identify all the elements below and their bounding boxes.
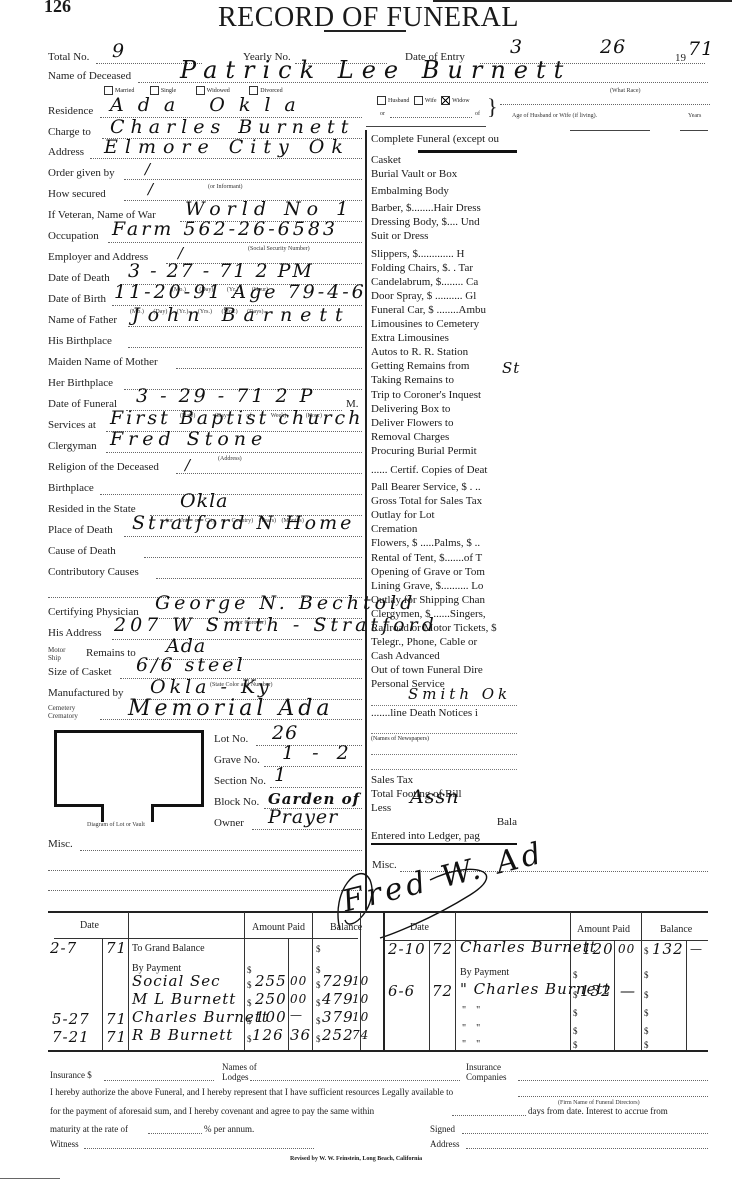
- lodges-label: Names of Lodges: [222, 1062, 262, 1082]
- ledger-vline: [429, 940, 430, 1050]
- how-secured-value: /: [148, 180, 154, 198]
- name-value: Patrick Lee Burnett: [180, 56, 571, 84]
- charge-item[interactable]: Extra Limousines: [371, 331, 517, 345]
- signed-label: Signed: [430, 1124, 455, 1134]
- ssn-note: (Social Security Number): [248, 246, 310, 252]
- mother-maiden-label: Maiden Name of Mother: [48, 356, 158, 368]
- charge-item-blank[interactable]: [371, 721, 517, 734]
- authorize-text: I hereby authorize the above Funeral, an…: [50, 1087, 453, 1097]
- charge-item[interactable]: Taking Remains to: [371, 373, 517, 387]
- date-of-funeral-value: 3 - 29 - 71 2 P: [136, 385, 315, 407]
- row-date: 2-7: [50, 939, 77, 957]
- birthplace-label: Birthplace: [48, 482, 94, 494]
- his-birthplace-label: His Birthplace: [48, 335, 112, 347]
- insurance-label: Insurance $: [50, 1070, 92, 1080]
- funeral-director-field[interactable]: [518, 1096, 708, 1097]
- charge-item-blank[interactable]: [371, 744, 517, 755]
- row-bal-cents: 10: [352, 974, 369, 988]
- row-year: 71: [106, 939, 127, 957]
- row-desc: R B Burnett: [132, 1026, 233, 1044]
- ledger-vline: [686, 940, 687, 1050]
- father-name-field[interactable]: [128, 326, 362, 327]
- lot-diagram-post-left: [101, 804, 104, 822]
- his-address-field[interactable]: [112, 639, 362, 640]
- charge-to-value: Charles Burnett: [110, 116, 354, 138]
- row-amount-dollar: $: [573, 1008, 578, 1018]
- manufactured-by-value: Okla - Ky: [150, 676, 273, 698]
- ledger-bottom-rule: [48, 1050, 708, 1052]
- total-no-value: 9: [112, 40, 125, 62]
- row-amount-dollar: $: [573, 1040, 578, 1050]
- clergyman-field[interactable]: [106, 452, 362, 453]
- row-balance-dollar: $: [316, 980, 321, 990]
- title-underline: [324, 30, 406, 32]
- getting-remains-from-value: St: [502, 359, 520, 377]
- row-cents: —: [620, 982, 636, 1000]
- resided-value: Okla: [180, 490, 229, 512]
- charge-item[interactable]: Lining Grave, $.......... Lo: [371, 579, 517, 593]
- address-field[interactable]: [466, 1148, 708, 1149]
- row-balance-dollar: $: [644, 1026, 649, 1036]
- casket-size-label: Size of Casket: [48, 666, 112, 678]
- charge-item[interactable]: Trip to Coroner's Inquest: [371, 388, 517, 402]
- date-of-funeral-label: Date of Funeral: [48, 398, 117, 410]
- religion-value: /: [185, 456, 191, 474]
- ledger-vline: [244, 912, 245, 1050]
- her-birthplace-label: Her Birthplace: [48, 377, 113, 389]
- row-amount-dollar: $: [247, 998, 252, 1008]
- row-balance: 379: [322, 1008, 354, 1026]
- order-given-by-value: /: [145, 160, 151, 178]
- row-amount: 255: [255, 972, 287, 990]
- ledger-right-balance-header: Balance: [660, 924, 692, 935]
- row-balance-dollar: $: [316, 1034, 321, 1044]
- spouse-age-field[interactable]: [500, 104, 710, 105]
- married-checkbox[interactable]: Married: [104, 88, 134, 94]
- row-desc: To Grand Balance: [132, 943, 205, 954]
- charge-item[interactable]: Gross Total for Sales Tax: [371, 494, 517, 508]
- or-field[interactable]: [390, 117, 472, 118]
- husband-checkbox[interactable]: Husband: [377, 98, 409, 104]
- residence-value: Ada Okla: [110, 94, 310, 116]
- occupation-label: Occupation: [48, 230, 99, 242]
- row-bal-cents: 10: [352, 1010, 369, 1024]
- mother-maiden-field[interactable]: [176, 368, 362, 369]
- row-balance-dollar: $: [644, 1040, 649, 1050]
- companies-field[interactable]: [518, 1080, 708, 1081]
- charge-item[interactable]: .......line Death Notices i: [371, 706, 517, 720]
- grave-no-label: Grave No.: [214, 754, 260, 766]
- charge-item[interactable]: Slippers, $............. H: [371, 247, 517, 261]
- days-text: days from date. Interest to accrue from: [528, 1106, 668, 1116]
- misc-label: Misc.: [48, 838, 73, 850]
- grave-no-value: 1 - 2: [282, 742, 355, 764]
- address-label: Address: [430, 1139, 460, 1149]
- remains-to-label: Remains to: [86, 647, 136, 659]
- charge-item[interactable]: Outlay for Shipping Chan: [371, 593, 517, 607]
- ledger-right-amount-header: Amount Paid: [577, 924, 630, 935]
- occupation-value: Farm 562-26-6583: [112, 218, 338, 240]
- row-year: 71: [106, 1010, 127, 1028]
- ledger-vline: [614, 940, 615, 1050]
- place-of-death-value: Stratford N Home: [132, 512, 354, 534]
- row-balance-dollar: $: [644, 990, 649, 1000]
- charge-item[interactable]: Casket: [371, 153, 517, 167]
- single-checkbox[interactable]: Single: [150, 88, 176, 94]
- ledger-left-balance-header: Balance: [330, 922, 362, 933]
- his-birthplace-field[interactable]: [128, 347, 362, 348]
- date-of-entry-month: 3: [510, 36, 523, 58]
- age-spouse-label: Age of Husband or Wife (if living).: [512, 113, 597, 119]
- insurance-field[interactable]: [104, 1080, 214, 1081]
- ledger-vline: [288, 938, 289, 1050]
- ledger-vline: [641, 912, 642, 1050]
- row-desc: " ": [462, 1039, 480, 1050]
- charge-item[interactable]: Barber, $........Hair Dress: [371, 201, 517, 215]
- ledger-vline: [383, 912, 385, 1050]
- spouse-role: Husband Wife Widow: [377, 96, 470, 105]
- less-value: Assn: [410, 786, 459, 808]
- lodges-field[interactable]: [250, 1080, 460, 1081]
- lot-no-value: 26: [272, 722, 298, 744]
- row-balance-dollar: $: [644, 1008, 649, 1018]
- row-bal-cents: 10: [352, 992, 369, 1006]
- misc-field-2[interactable]: [48, 870, 362, 871]
- row-balance: 729: [322, 972, 354, 990]
- row-balance-dollar: $: [316, 998, 321, 1008]
- veteran-value: World No 1: [185, 198, 354, 220]
- per-annum-text: % per annum.: [204, 1124, 254, 1134]
- row-balance: 479: [322, 990, 354, 1008]
- date-of-death-value: 3 - 27 - 71 2 PM: [128, 260, 314, 282]
- years-label: Years: [688, 113, 701, 119]
- row-amount: 126: [252, 1026, 284, 1044]
- section-no-field[interactable]: [270, 787, 362, 788]
- charge-item[interactable]: Procuring Burial Permit: [371, 444, 517, 458]
- charge-item[interactable]: Railroad or Motor Tickets, $: [371, 621, 517, 635]
- motor-ship-label: MotorShip: [48, 646, 66, 662]
- occupation-field[interactable]: [108, 242, 362, 243]
- date-of-birth-value: 11-20-91 Age 79-4-6: [114, 281, 367, 303]
- charge-item[interactable]: Burial Vault or Box: [371, 167, 517, 181]
- total-no-label: Total No.: [48, 51, 89, 63]
- row-date: 2-10: [388, 940, 426, 958]
- sales-tax-item[interactable]: Sales Tax: [371, 773, 517, 787]
- newspapers-note: (Names of Newspapers): [371, 734, 517, 744]
- address-value: Elmore City Ok: [104, 136, 350, 158]
- row-balance: 252: [322, 1026, 354, 1044]
- charge-item[interactable]: Removal Charges: [371, 430, 517, 444]
- ledger-vline: [455, 912, 456, 1050]
- row-date: 7-21: [52, 1028, 90, 1046]
- residence-label: Residence: [48, 105, 93, 117]
- row-bal-cents: —: [690, 942, 703, 956]
- charge-item[interactable]: Pall Bearer Service, $ . ..: [371, 480, 517, 494]
- row-year: 72: [432, 940, 453, 958]
- row-cents: —: [290, 1008, 303, 1022]
- row-desc: Charles Burnett: [460, 938, 597, 956]
- how-secured-label: How secured: [48, 188, 106, 200]
- charge-item[interactable]: Getting Remains from: [371, 359, 517, 373]
- informant-note: (or Informant): [208, 184, 243, 190]
- charge-item[interactable]: Deliver Flowers to: [371, 416, 517, 430]
- date-of-death-label: Date of Death: [48, 272, 110, 284]
- page-number: 126: [44, 0, 71, 17]
- father-name-label: Name of Father: [48, 314, 117, 326]
- date-of-entry-year: 71: [688, 38, 714, 60]
- ledger-left-amount-header: Amount Paid: [252, 922, 305, 933]
- place-of-death-field[interactable]: [124, 536, 362, 537]
- charges-list: Casket Burial Vault or Box Embalming Bod…: [371, 153, 517, 843]
- row-balance-dollar: $: [316, 1016, 321, 1026]
- row-desc: Social Sec: [132, 972, 221, 990]
- owner-field[interactable]: [252, 829, 362, 830]
- charge-item[interactable]: Limousines to Cemetery: [371, 317, 517, 331]
- block-no-label: Block No.: [214, 796, 259, 808]
- row-amount: 120: [582, 940, 614, 958]
- charge-item[interactable]: Autos to R. R. Station: [371, 345, 517, 359]
- cemetery-value: Memorial Ada: [128, 696, 333, 721]
- row-balance-dollar: $: [644, 970, 649, 980]
- divider: [680, 130, 708, 131]
- brace: }: [487, 94, 498, 120]
- row-date: 6-6: [388, 982, 415, 1000]
- row-amount: 132: [580, 982, 612, 1000]
- divider: [366, 126, 486, 127]
- birthplace-field[interactable]: [100, 494, 362, 495]
- signed-field[interactable]: [462, 1133, 708, 1134]
- row-cents: 36: [290, 1026, 311, 1044]
- charge-item[interactable]: Candelabrum, $........ Ca: [371, 275, 517, 289]
- charge-item[interactable]: ...... Certif. Copies of Deat: [371, 463, 517, 477]
- clergyman-value: Fred Stone: [110, 428, 267, 450]
- charge-item[interactable]: Suit or Dress: [371, 229, 517, 243]
- row-balance: 132: [652, 940, 684, 958]
- name-label: Name of Deceased: [48, 70, 131, 82]
- services-at-label: Services at: [48, 419, 96, 431]
- order-given-by-label: Order given by: [48, 167, 115, 179]
- contributory-label: Contributory Causes: [48, 566, 139, 578]
- casket-size-value: 6/6 steel: [136, 654, 246, 676]
- charge-item[interactable]: Flowers, $ .....Palms, $ ..: [371, 536, 517, 550]
- place-of-death-label: Place of Death: [48, 524, 113, 536]
- row-desc: By Payment: [460, 967, 509, 978]
- cause-of-death-field[interactable]: [144, 557, 362, 558]
- services-at-value: First Baptist church: [110, 407, 363, 429]
- widowed-checkbox[interactable]: Widowed: [196, 88, 230, 94]
- rate-field[interactable]: [148, 1133, 202, 1134]
- wife-checkbox[interactable]: Wife: [414, 98, 437, 104]
- year-prefix: 19: [675, 52, 686, 64]
- charge-item[interactable]: Funeral Car, $ ........Ambu: [371, 303, 517, 317]
- row-amount-dollar: $: [573, 970, 578, 980]
- days-field[interactable]: [452, 1115, 526, 1116]
- witness-field[interactable]: [84, 1148, 314, 1149]
- row-date: 5-27: [52, 1010, 90, 1028]
- row-bal-cents: 74: [352, 1028, 369, 1042]
- section-no-value: 1: [274, 764, 287, 786]
- order-given-by-field[interactable]: [124, 179, 362, 180]
- row-amount-dollar: $: [247, 1034, 252, 1044]
- ledger-left-date-header: Date: [80, 920, 99, 931]
- row-balance-dollar: $: [316, 944, 321, 954]
- charge-to-label: Charge to: [48, 126, 91, 138]
- row-desc: M L Burnett: [132, 990, 236, 1008]
- charge-item[interactable]: Telegr., Phone, Cable or: [371, 635, 517, 649]
- row-desc: " ": [462, 1005, 480, 1016]
- section-no-label: Section No.: [214, 775, 266, 787]
- religion-field[interactable]: [176, 473, 362, 474]
- his-address-label: His Address: [48, 627, 101, 639]
- ledger-vline: [128, 912, 129, 1050]
- lot-diagram-base-right: [151, 804, 201, 807]
- row-amount-dollar: $: [247, 1016, 252, 1026]
- clergyman-label: Clergyman: [48, 440, 97, 452]
- row-balance-dollar: $: [316, 965, 321, 975]
- charge-item[interactable]: Folding Chairs, $. . Tar: [371, 261, 517, 275]
- misc-field-3[interactable]: [48, 890, 362, 891]
- charges-bottom-rule: [371, 843, 517, 845]
- row-amount: 250: [255, 990, 287, 1008]
- charge-item[interactable]: Opening of Grave or Tom: [371, 565, 517, 579]
- charge-item[interactable]: Door Spray, $ .......... Gl: [371, 289, 517, 303]
- row-desc: " ": [462, 1023, 480, 1034]
- lot-no-label: Lot No.: [214, 733, 248, 745]
- charges-header: Complete Funeral (except ou: [371, 133, 517, 145]
- cause-of-death-label: Cause of Death: [48, 545, 116, 557]
- divider: [570, 130, 650, 131]
- charge-item[interactable]: Clergymen, $ ......Singers,: [371, 607, 517, 621]
- ledger-vline: [312, 912, 313, 1050]
- row-amount-dollar: $: [573, 1026, 578, 1036]
- of-label: of: [475, 111, 480, 117]
- divorced-checkbox[interactable]: Divorced: [249, 88, 282, 94]
- personal-service-value: Smith Ok: [408, 685, 511, 703]
- lot-diagram-post-right: [151, 804, 154, 822]
- row-amount-dollar: $: [247, 965, 252, 975]
- clergyman-address-note: (Address): [218, 456, 242, 462]
- religion-label: Religion of the Deceased: [48, 461, 159, 473]
- row-balance-dollar: $: [644, 946, 649, 956]
- row-amount-dollar: $: [573, 990, 578, 1000]
- balance-item[interactable]: Bala: [371, 815, 517, 829]
- charge-item[interactable]: Cash Advanced: [371, 649, 517, 663]
- row-amount-dollar: $: [247, 980, 252, 990]
- row-year: 72: [432, 982, 453, 1000]
- witness-label: Witness: [50, 1139, 79, 1149]
- column-divider: [365, 130, 367, 910]
- contributory-field[interactable]: [156, 578, 362, 579]
- charge-item[interactable]: Rental of Tent, $.......of T: [371, 551, 517, 565]
- charge-item[interactable]: Outlay for Lot: [371, 508, 517, 522]
- cemetery-label: CemeteryCrematory: [48, 704, 78, 720]
- row-amount: 100: [255, 1008, 287, 1026]
- or-label: or: [380, 111, 385, 117]
- resided-label: Resided in the State: [48, 503, 136, 515]
- row-cents: 00: [290, 974, 307, 988]
- owner-value: Prayer: [268, 806, 338, 828]
- manufactured-by-label: Manufactured by: [48, 687, 123, 699]
- owner-label: Owner: [214, 817, 244, 829]
- ledger-top-rule: [48, 911, 708, 913]
- diagram-caption: Diagram of Lot or Vault: [87, 822, 145, 828]
- lot-diagram[interactable]: [54, 730, 204, 807]
- date-of-entry-day: 26: [600, 36, 626, 58]
- bottom-left-corner: [0, 1178, 60, 1179]
- charge-item[interactable]: Embalming Body: [371, 184, 517, 198]
- ledger-page-item[interactable]: Entered into Ledger, pag: [371, 829, 517, 843]
- charge-item[interactable]: Cremation: [371, 522, 517, 536]
- father-name-value: John Barnett: [132, 304, 351, 326]
- charge-item[interactable]: Dressing Body, $.... Und: [371, 215, 517, 229]
- charge-item[interactable]: Delivering Box to: [371, 402, 517, 416]
- revised-credit: Revised by W. W. Feinstein, Long Beach, …: [290, 1156, 422, 1162]
- row-year: 71: [106, 1028, 127, 1046]
- what-race-label: (What Race): [610, 88, 640, 94]
- companies-label: Insurance Companies: [466, 1062, 526, 1082]
- payment-text: for the payment of aforesaid sum, and I …: [50, 1106, 374, 1116]
- top-right-rule: [433, 0, 732, 2]
- date-of-birth-label: Date of Birth: [48, 293, 106, 305]
- maturity-text: maturity at the rate of: [50, 1124, 128, 1134]
- charge-item[interactable]: Out of town Funeral Dire: [371, 663, 517, 677]
- widow-checkbox[interactable]: Widow: [441, 98, 469, 104]
- ledger-right-date-header: Date: [410, 922, 429, 933]
- ledger-vline: [102, 938, 103, 1050]
- address-label: Address: [48, 146, 84, 158]
- lot-diagram-base-left: [54, 804, 104, 807]
- row-cents: 00: [618, 942, 635, 956]
- charge-item-blank[interactable]: [371, 755, 517, 770]
- address-field[interactable]: [90, 158, 362, 159]
- row-cents: 00: [290, 992, 307, 1006]
